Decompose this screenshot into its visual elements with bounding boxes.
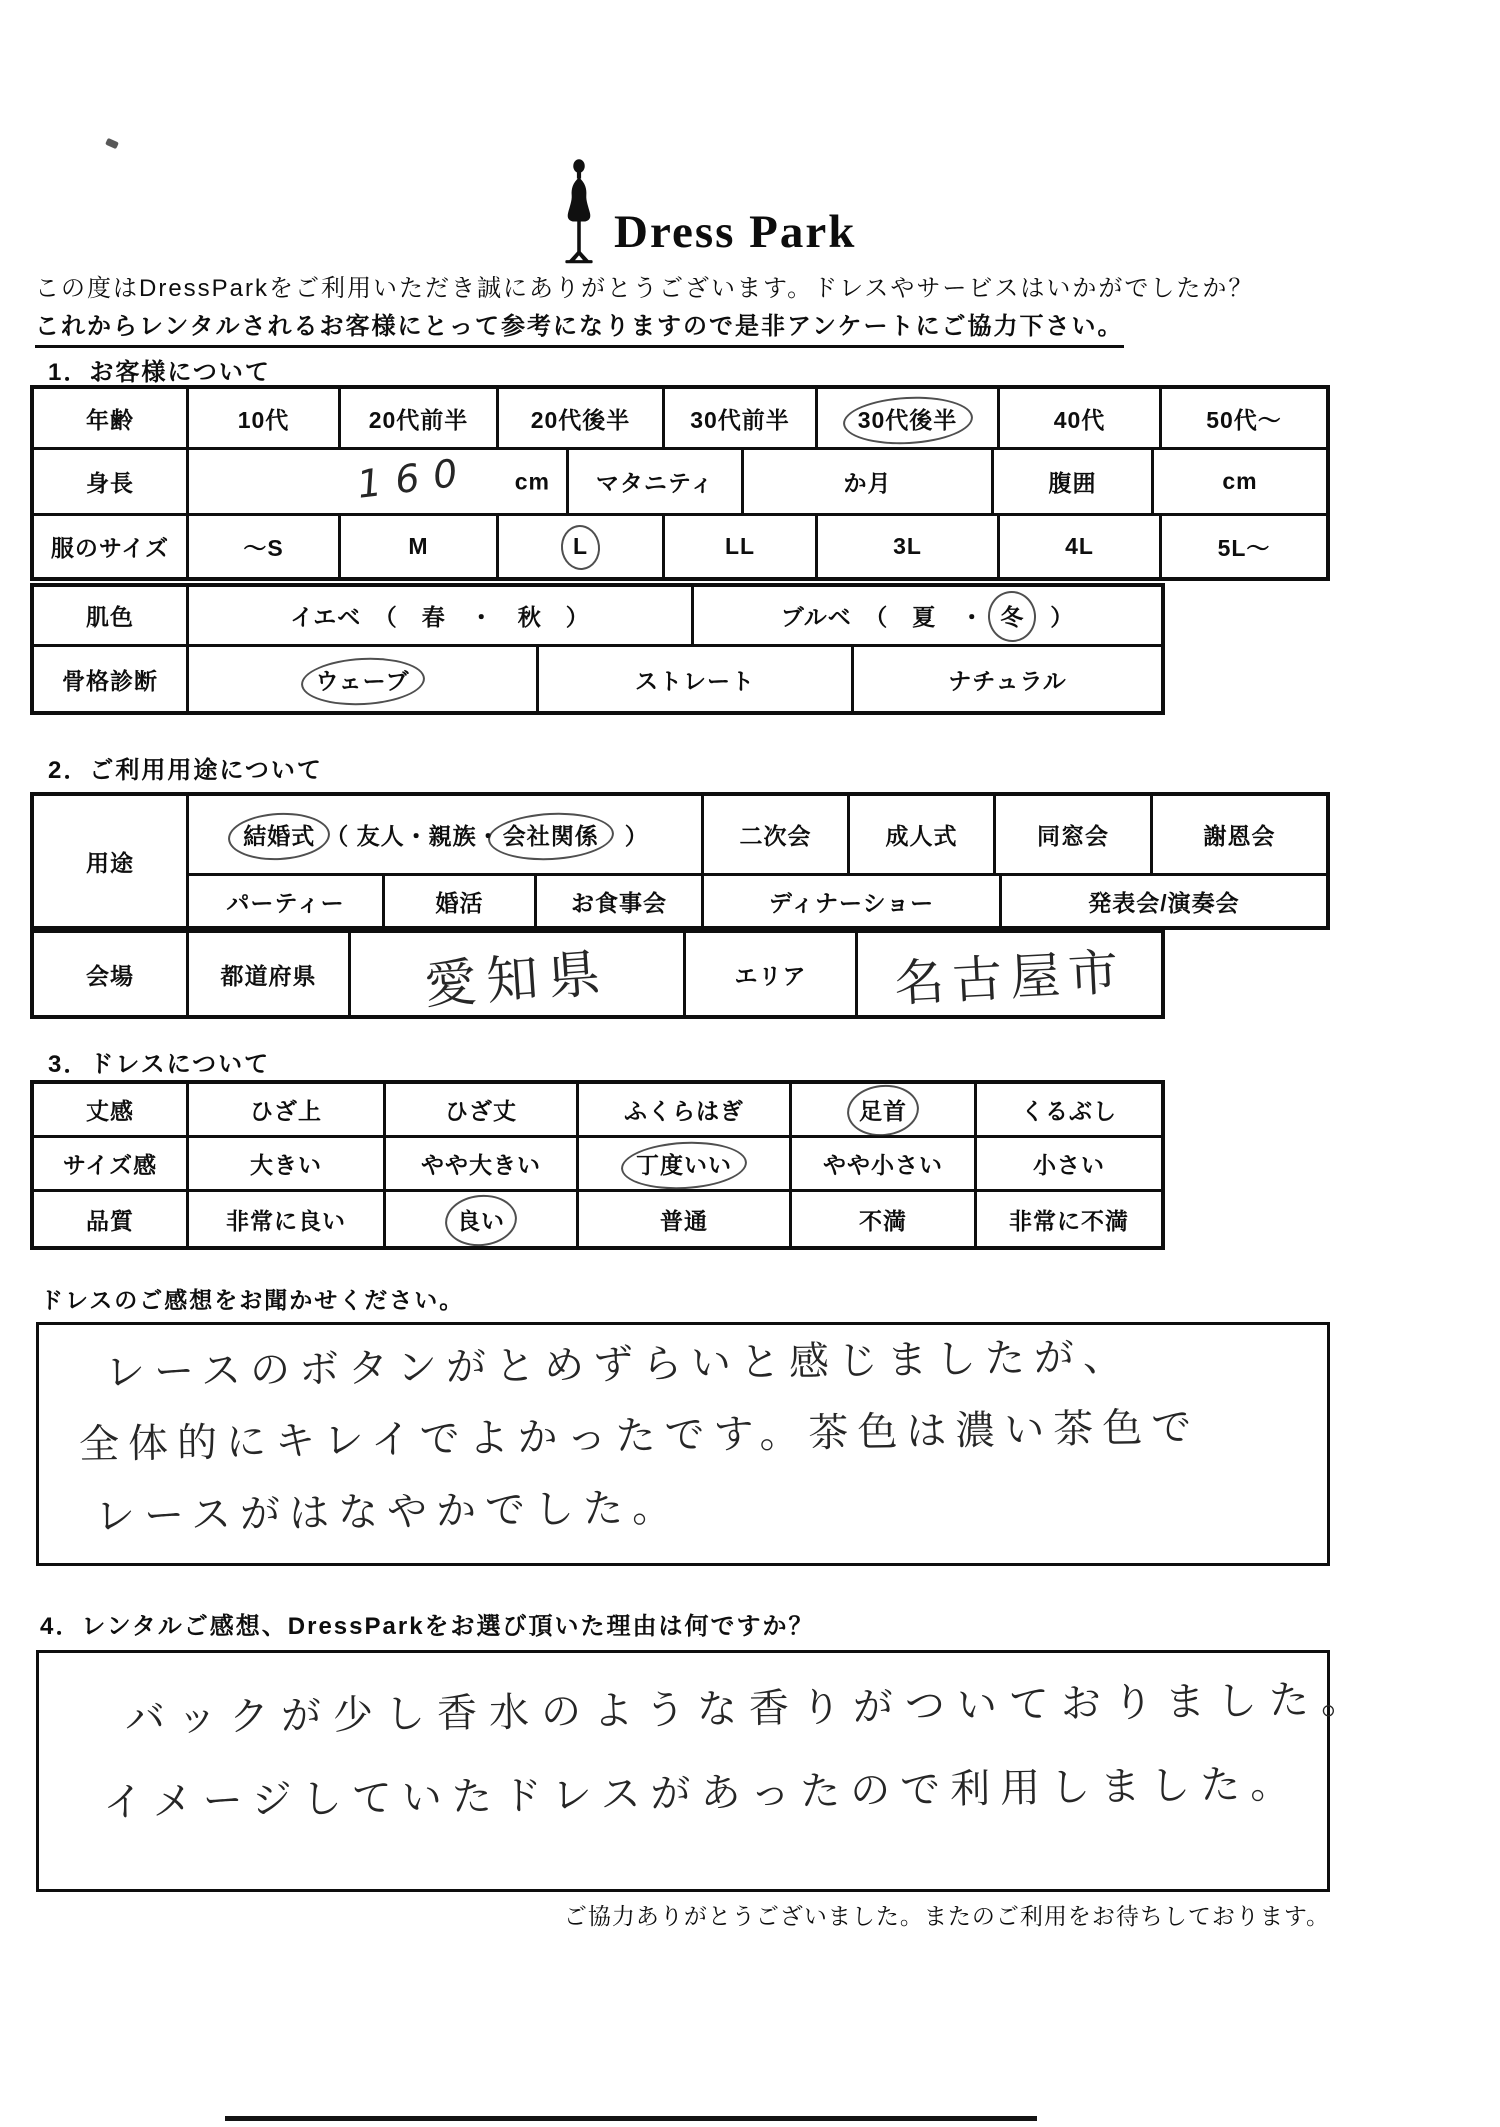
area-value-handwritten: 名古屋市 (892, 932, 1127, 1016)
age-option: 30代前半 (690, 402, 790, 435)
waist-label: 腹囲 (1049, 465, 1097, 498)
skin-tone-label: 肌色 (86, 599, 134, 632)
size-option: M (408, 533, 428, 560)
feedback-line-handwritten: 全体的にキレイでよかったです。茶色は濃い茶色で (79, 1395, 1201, 1470)
purpose-option: パーティー (226, 885, 344, 918)
scan-artifact-speck (105, 138, 119, 149)
intro-line-1: この度はDressParkをご利用いただき誠にありがとうございます。ドレスやサー… (35, 268, 1254, 303)
quality-option-selected: 良い (455, 1203, 507, 1236)
skin-tone-yellow: イエベ （ 春 ・ 秋 ） (290, 599, 590, 632)
size-option: 5L～ (1218, 530, 1271, 563)
maternity-label: マタニティ (596, 465, 714, 498)
questionnaire-page: Dress Park この度はDressParkをご利用いただき誠にありがとうご… (0, 0, 1500, 2127)
fit-option: 小さい (1033, 1147, 1105, 1180)
maternity-unit: か月 (844, 465, 892, 498)
size-option: LL (725, 533, 755, 560)
fit-option-selected: 丁度いい (634, 1147, 734, 1180)
area-label: エリア (735, 958, 807, 991)
footer-thanks: ご協力ありがとうございました。またのご利用をお待ちしております。 (564, 1898, 1330, 1931)
section-2-title: 2．ご利用用途について (48, 750, 323, 785)
length-option: ひざ上 (250, 1093, 322, 1126)
skeleton-option: ストレート (635, 663, 755, 696)
section-4-title: 4．レンタルご感想、DressParkをお選び頂いた理由は何ですか？ (40, 1606, 815, 1641)
customer-table-top: 年齢 10代 20代前半 20代後半 30代前半 30代後半 40代 50代～ … (30, 385, 1330, 581)
purpose-option: 婚活 (436, 885, 484, 918)
purpose-option: 成人式 (886, 818, 958, 851)
skin-tone-row: 肌色 イエベ （ 春 ・ 秋 ） ブルベ （ 夏 ・ 冬 ） (34, 587, 1161, 647)
length-option: くるぶし (1021, 1093, 1117, 1126)
scan-artifact-line (225, 2116, 1037, 2121)
purpose-option: 謝恩会 (1204, 818, 1276, 851)
length-row: 丈感 ひざ上 ひざ丈 ふくらはぎ 足首 くるぶし (34, 1084, 1161, 1138)
purpose-option: 同窓会 (1037, 818, 1109, 851)
section-3-title: 3．ドレスについて (48, 1044, 270, 1079)
dress-table: 丈感 ひざ上 ひざ丈 ふくらはぎ 足首 くるぶし サイズ感 大きい やや大きい … (30, 1080, 1165, 1250)
quality-option: 非常に良い (226, 1203, 346, 1236)
fit-label: サイズ感 (63, 1147, 157, 1180)
height-row: 身長 160 cm マタニティ か月 腹囲 cm (34, 450, 1326, 516)
fit-row: サイズ感 大きい やや大きい 丁度いい やや小さい 小さい (34, 1138, 1161, 1192)
size-option: 3L (893, 533, 922, 560)
age-option-selected: 30代後半 (856, 402, 960, 435)
age-row: 年齢 10代 20代前半 20代後半 30代前半 30代後半 40代 50代～ (34, 389, 1326, 450)
size-option: 4L (1065, 533, 1094, 560)
age-option: 10代 (238, 402, 290, 435)
feedback-title: ドレスのご感想をお聞かせください。 (40, 1282, 464, 1315)
age-option: 20代前半 (369, 402, 469, 435)
length-option-selected: 足首 (857, 1093, 909, 1126)
purpose-option: 発表会/演奏会 (1088, 885, 1239, 918)
skin-tone-blue-close: ） (1026, 599, 1074, 632)
length-label: 丈感 (86, 1093, 134, 1126)
quality-option: 普通 (660, 1203, 708, 1236)
purpose-row-2: パーティー 婚活 お食事会 ディナーショー 発表会/演奏会 (189, 876, 1326, 926)
logo: Dress Park (556, 158, 856, 264)
dress-form-icon (556, 158, 602, 264)
fit-option: 大きい (250, 1147, 322, 1180)
purpose-company-selected: 会社関係 (501, 818, 601, 851)
purpose-wedding-selected: 結婚式 (241, 818, 317, 851)
prefecture-label: 都道府県 (221, 958, 317, 991)
venue-table: 会場 都道府県 愛知県 エリア 名古屋市 (30, 929, 1165, 1019)
length-option: ふくらはぎ (624, 1093, 744, 1126)
age-label: 年齢 (86, 402, 134, 435)
size-option: ～S (243, 530, 283, 563)
height-value-handwritten: 160 (355, 449, 474, 507)
age-option: 20代後半 (531, 402, 631, 435)
purpose-label: 用途 (86, 845, 134, 878)
quality-row: 品質 非常に良い 良い 普通 不満 非常に不満 (34, 1192, 1161, 1246)
purpose-wedding-close: ） (601, 818, 649, 851)
venue-row: 会場 都道府県 愛知県 エリア 名古屋市 (34, 933, 1161, 1015)
waist-unit: cm (1222, 468, 1257, 495)
customer-table-bottom: 肌色 イエベ （ 春 ・ 秋 ） ブルベ （ 夏 ・ 冬 ） 骨格診断 ウェーブ… (30, 583, 1165, 715)
reason-box: バックが少し香水のような香りがついておりました。 イメージしていたドレスがあった… (36, 1650, 1330, 1892)
skin-tone-blue: ブルベ （ 夏 ・ (781, 599, 985, 632)
feedback-box: レースのボタンがとめずらいと感じましたが、 全体的にキレイでよかったです。茶色は… (36, 1322, 1330, 1566)
quality-option: 非常に不満 (1009, 1203, 1129, 1236)
length-option: ひざ丈 (445, 1093, 517, 1126)
skeleton-row: 骨格診断 ウェーブ ストレート ナチュラル (34, 647, 1161, 711)
purpose-option: 二次会 (740, 818, 812, 851)
height-label: 身長 (86, 465, 134, 498)
size-option-selected: L (571, 533, 590, 560)
purpose-row-1: 結婚式 （ 友人・親族・ 会社関係 ） 二次会 成人式 同窓会 謝恩会 (189, 796, 1326, 876)
intro-line-2: これからレンタルされるお客様にとって参考になりますので是非アンケートにご協力下さ… (35, 306, 1124, 348)
purpose-wedding-detail: （ 友人・親族・ (325, 818, 500, 851)
reason-line-handwritten: イメージしていたドレスがあったので利用しました。 (103, 1752, 1301, 1828)
quality-option: 不満 (859, 1203, 907, 1236)
section-1-title: 1．お客様について (48, 352, 271, 387)
feedback-line-handwritten: レースのボタンがとめずらいと感じましたが、 (105, 1325, 1133, 1398)
clothing-size-label: 服のサイズ (51, 530, 169, 563)
purpose-table: 用途 結婚式 （ 友人・親族・ 会社関係 ） 二次会 成人式 同窓会 謝恩会 パ… (30, 792, 1330, 930)
height-unit: cm (515, 468, 550, 495)
logo-text: Dress Park (614, 209, 856, 264)
prefecture-value-handwritten: 愛知県 (422, 930, 613, 1018)
skeleton-option-selected: ウェーブ (314, 663, 412, 696)
feedback-line-handwritten: レースがはなやかでした。 (95, 1476, 682, 1542)
purpose-option: ディナーショー (769, 885, 934, 918)
fit-option: やや大きい (421, 1147, 541, 1180)
purpose-option: お食事会 (571, 885, 667, 918)
skin-tone-winter-selected: 冬 (998, 599, 1026, 632)
quality-label: 品質 (86, 1203, 134, 1236)
clothing-size-row: 服のサイズ ～S M L LL 3L 4L 5L～ (34, 516, 1326, 577)
age-option: 40代 (1054, 402, 1106, 435)
reason-line-handwritten: バックが少し香水のような香りがついておりました。 (125, 1667, 1374, 1744)
venue-label: 会場 (86, 958, 134, 991)
skeleton-option: ナチュラル (948, 663, 1067, 696)
skeleton-label: 骨格診断 (62, 663, 158, 696)
fit-option: やや小さい (823, 1147, 943, 1180)
age-option: 50代～ (1206, 402, 1282, 435)
